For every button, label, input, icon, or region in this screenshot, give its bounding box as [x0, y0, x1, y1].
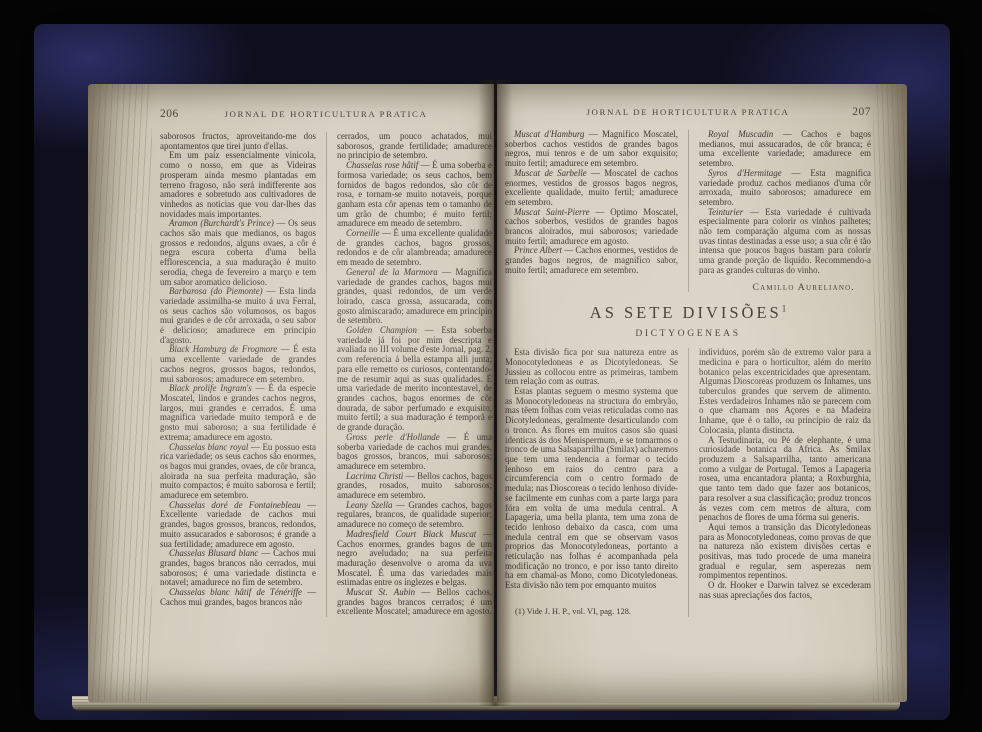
variety-name: Corneille — [346, 228, 380, 238]
paragraph: Royal Muscadin — Cachos e bagos medianos… — [699, 130, 871, 169]
paragraph-text: cerrados, um pouco achatados, mui saboro… — [337, 131, 492, 160]
paragraph: cerrados, um pouco achatados, mui saboro… — [337, 132, 492, 161]
paragraph: Black prolife Ingram's — É da especie Mo… — [160, 384, 316, 442]
variety-name: Black prolife Ingram's — [169, 383, 252, 393]
paragraph: Chasselas blanc royal — Eu possuo esta r… — [160, 443, 316, 501]
paragraph-text: — Magnifica variedade de grandes cachos,… — [337, 267, 492, 326]
article-heading: AS SETE DIVISÕES1 DICTYOGENEAS — [505, 303, 871, 339]
left-column-1: saborosos fructos, aproveitando-me dos a… — [160, 132, 326, 617]
right-top-column-1: Muscat d'Hamburg — Magnifico Moscatel, s… — [505, 130, 688, 292]
paragraph: Corneille — É uma excellente qualidade d… — [337, 229, 492, 268]
paragraph-text: — Esta variedade é cultivada especialmen… — [699, 207, 871, 275]
paragraph: Gross perle d'Hollande — É uma soberba v… — [337, 433, 492, 472]
page-edges-left — [88, 84, 152, 702]
variety-name: General de la Marmora — [346, 267, 438, 277]
paragraph: Leany Szella — Grandes cachos, bagos reg… — [337, 501, 492, 530]
paragraph: Prince Albert — Cachos enormes, vestidos… — [505, 246, 678, 275]
left-column-2: cerrados, um pouco achatados, mui saboro… — [326, 132, 492, 617]
paragraph: Muscat St. Aubin — Bellos cachos, grande… — [337, 588, 492, 617]
paragraph: Muscat de Sarbelle — Moscatel de cachos … — [505, 169, 678, 208]
left-page-number: 206 — [160, 108, 204, 120]
variety-name: Black Hamburg de Frogmore — [169, 344, 277, 354]
paragraph: O dr. Hooker e Darwin talvez se excedera… — [699, 581, 871, 600]
paragraph-text: individuos, porém são de extremo valor p… — [699, 347, 871, 435]
variety-name: Syros d'Hermitage — [708, 168, 782, 178]
right-bottom-column-1: Esta divisão fica por sua natureza entre… — [505, 348, 688, 616]
article-subtitle: DICTYOGENEAS — [505, 328, 871, 339]
right-running-title: JORNAL DE HORTICULTURA PRATICA — [549, 107, 827, 117]
paragraph-text: — Cachos enormes, grandes bagos de um ne… — [337, 529, 492, 588]
article-title: AS SETE DIVISÕES1 — [505, 303, 871, 323]
paragraph: Estas plantas seguem o mesmo systema que… — [505, 387, 678, 591]
paragraph: Chasselas rose hâtif — É uma soberba e f… — [337, 161, 492, 229]
paragraph-text: — Esta linda variedade assimilha-se muit… — [160, 286, 316, 345]
variety-name: Gross perle d'Hollande — [346, 432, 440, 442]
left-running-head: 206 JORNAL DE HORTICULTURA PRATICA — [160, 108, 492, 120]
right-running-head: JORNAL DE HORTICULTURA PRATICA 207 — [505, 106, 871, 118]
author-signature: Camillo Aureliano. — [699, 283, 871, 293]
paragraph: Muscat d'Hamburg — Magnifico Moscatel, s… — [505, 130, 678, 169]
variety-name: Muscat de Sarbelle — [514, 168, 587, 178]
left-running-title: JORNAL DE HORTICULTURA PRATICA — [204, 109, 448, 119]
variety-name: Muscat Saint-Pierre — [514, 207, 590, 217]
variety-name: Muscat d'Hamburg — [514, 129, 584, 139]
right-bottom-column-2: individuos, porém são de extremo valor p… — [688, 348, 871, 616]
paragraph-text: — É da especie Moscatel, lindos e grande… — [160, 383, 316, 442]
variety-name: Royal Muscadin — [708, 129, 773, 139]
paragraph: Chasselas doré de Fontainebleau — Excell… — [160, 501, 316, 550]
paragraph: Esta divisão fica por sua natureza entre… — [505, 348, 678, 387]
paragraph: Chasselas Blusard blanc — Cachos mui gra… — [160, 549, 316, 588]
paragraph: Teinturier — Esta variedade é cultivada … — [699, 208, 871, 276]
left-page: 206 JORNAL DE HORTICULTURA PRATICA sabor… — [88, 84, 494, 702]
paragraph: Black Hamburg de Frogmore — É esta uma e… — [160, 345, 316, 384]
paragraph-text: — Eu possuo esta rica variedade; os seus… — [160, 442, 316, 501]
paragraph-text: — Os seus cachos são mais que medianos, … — [160, 218, 316, 286]
paragraph: General de la Marmora — Magnifica varied… — [337, 268, 492, 326]
paragraph: Em um paiz essencialmente vinicola, como… — [160, 151, 316, 219]
variety-name: Muscat St. Aubin — [346, 587, 415, 597]
variety-name: Aramon (Burchardt's Prince) — [169, 218, 274, 228]
paragraph-text: — É uma soberba e formosa variedade; os … — [337, 160, 492, 228]
variety-name: Chasselas doré de Fontainebleau — [169, 500, 301, 510]
variety-name: Golden Champion — [346, 325, 417, 335]
paragraph: individuos, porém são de extremo valor p… — [699, 348, 871, 435]
article-title-footnote-mark: 1 — [782, 304, 787, 314]
right-top-column-2-paragraphs: Royal Muscadin — Cachos e bagos medianos… — [699, 130, 871, 276]
paragraph-text: Estas plantas seguem o mesmo systema que… — [505, 386, 678, 590]
variety-name: Lacrima Christi — [346, 471, 403, 481]
variety-name: Teinturier — [708, 207, 743, 217]
paragraph-text: — Esta soberba variedade já foi por mim … — [337, 325, 492, 432]
paragraph: Aramon (Burchardt's Prince) — Os seus ca… — [160, 219, 316, 287]
paragraph-text: Esta divisão fica por sua natureza entre… — [505, 347, 678, 386]
right-page-number: 207 — [827, 106, 871, 118]
paragraph-text: Aqui temos a transição das Dicotyledonea… — [699, 522, 871, 581]
right-bottom-column-1-paragraphs: Esta divisão fica por sua natureza entre… — [505, 348, 678, 591]
paragraph: Lacrima Christi — Bellos cachos, bagos g… — [337, 472, 492, 501]
variety-name: Chasselas rose hâtif — [346, 160, 418, 170]
variety-name: Madresfield Court Black Muscat — [346, 529, 476, 539]
paragraph-text: saborosos fructos, aproveitando-me dos a… — [160, 131, 316, 151]
variety-name: Leany Szella — [346, 500, 392, 510]
footnote: (1) Vide J. H. P., vol. VI, pag. 128. — [505, 607, 678, 617]
paragraph-text: O dr. Hooker e Darwin talvez se excedera… — [699, 580, 871, 600]
paragraph: Chasselas blanc hâtif de Ténériffe — Cac… — [160, 588, 316, 607]
paragraph-text: A Testudinaria, ou Pé de elephante, é um… — [699, 435, 871, 523]
page-edges-right — [873, 84, 907, 702]
paragraph: Golden Champion — Esta soberba variedade… — [337, 326, 492, 433]
paragraph: A Testudinaria, ou Pé de elephante, é um… — [699, 436, 871, 523]
paragraph: Madresfield Court Black Muscat — Cachos … — [337, 530, 492, 588]
paragraph: Muscat Saint-Pierre — Optimo Moscatel, c… — [505, 208, 678, 247]
right-top-column-2: Royal Muscadin — Cachos e bagos medianos… — [688, 130, 871, 292]
paragraph: saborosos fructos, aproveitando-me dos a… — [160, 132, 316, 151]
variety-name: Prince Albert — [514, 245, 562, 255]
variety-name: Barbarosa (do Piemonte) — [169, 286, 263, 296]
paragraph: Aqui temos a transição das Dicotyledonea… — [699, 523, 871, 581]
right-page: JORNAL DE HORTICULTURA PRATICA 207 Musca… — [497, 84, 907, 702]
paragraph: Barbarosa (do Piemonte) — Esta linda var… — [160, 287, 316, 345]
paragraph: Syros d'Hermitage — Esta magnifica varie… — [699, 169, 871, 208]
variety-name: Chasselas Blusard blanc — [169, 548, 258, 558]
paragraph-text: Em um paiz essencialmente vinicola, como… — [160, 150, 316, 218]
variety-name: Chasselas blanc hâtif de Ténériffe — [169, 587, 302, 597]
article-title-text: AS SETE DIVISÕES — [590, 303, 782, 322]
variety-name: Chasselas blanc royal — [169, 442, 248, 452]
